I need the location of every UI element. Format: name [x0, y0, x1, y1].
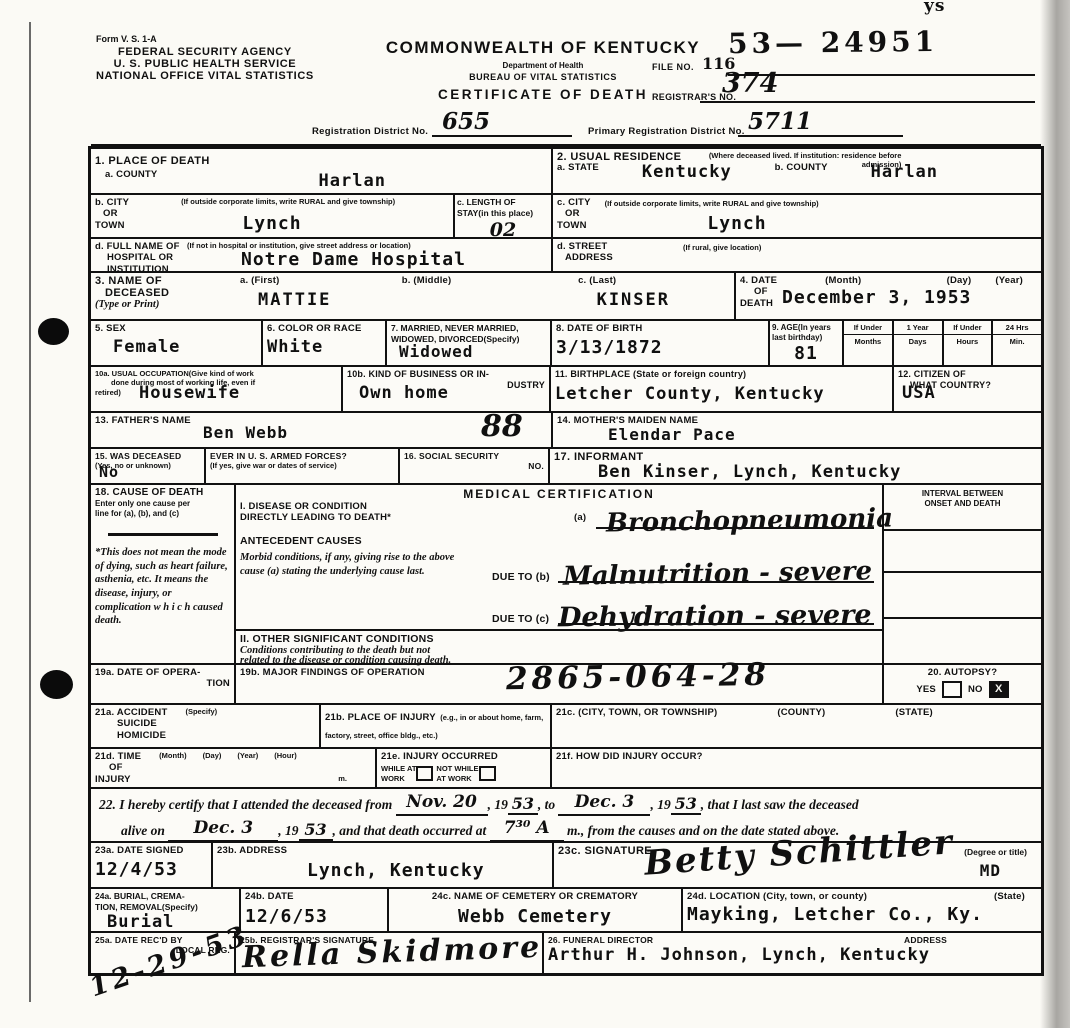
major-findings-value: 2865-064-28 — [506, 657, 770, 698]
row-signature: 23a. DATE SIGNED 12/4/53 23b. ADDRESS Ly… — [91, 841, 1041, 887]
state-value: Kentucky — [642, 162, 732, 182]
row-name-dateofdeath: 3. NAME OF DECEASED (Type or Print) a. (… — [91, 271, 1041, 319]
accident-label-1: 21a. ACCIDENT — [95, 707, 167, 718]
name-title-1: 3. NAME OF — [95, 275, 232, 287]
residence-county-label: b. COUNTY — [775, 162, 828, 182]
citizen-field: 12. CITIZEN OF WHAT COUNTRY? USA — [894, 367, 1041, 411]
certificate-form: 1. PLACE OF DEATH a. COUNTY Harlan b. CI… — [88, 146, 1044, 976]
cert-text-5: , that I last saw the deceased — [701, 797, 859, 812]
ssn-field: 16. SOCIAL SECURITY NO. — [400, 449, 550, 483]
residence-city-field: c. CITY OR TOWN (If outside corporate li… — [553, 193, 1041, 237]
middle-name-label: b. (Middle) — [402, 275, 578, 286]
county-field: 1. PLACE OF DEATH a. COUNTY Harlan — [91, 149, 551, 193]
injury-m-label: m. — [338, 774, 347, 785]
row-armed-informant: 15. WAS DECEASED (Yes, no or unknown) No… — [91, 447, 1041, 483]
stay-label-2: STAY(in this place) — [457, 208, 549, 219]
place-of-injury-field: 21b. PLACE OF INJURY (e.g., in or about … — [321, 705, 552, 747]
punch-hole-bottom — [40, 670, 73, 699]
residence-city-value: Lynch — [553, 213, 921, 234]
autopsy-no-label: NO — [968, 684, 983, 695]
injury-occurred-field: 21e. INJURY OCCURRED WHILE ATWORK NOT WH… — [377, 749, 552, 787]
name-fields: a. (First) b. (Middle) c. (Last) MATTIE … — [236, 273, 736, 319]
registration-district-line — [432, 135, 572, 137]
agency-line-3: NATIONAL OFFICE VITAL STATISTICS — [96, 70, 314, 82]
citizen-label-1: 12. CITIZEN OF — [898, 369, 1037, 380]
row-injury-time: 21d. TIME (Month) (Day) (Year) (Hour) OF… — [91, 747, 1041, 787]
first-name-value: MATTIE — [258, 290, 331, 310]
cause-a-value: Bronchopneumonia — [606, 503, 893, 538]
cause-a-line: Bronchopneumonia — [596, 499, 874, 529]
city-field: b. CITY OR TOWN (If outside corporate li… — [91, 195, 455, 237]
date-signed-label: 23a. DATE SIGNED — [95, 845, 207, 856]
registration-district-label: Registration District No. — [312, 126, 428, 137]
age-min-label: Min. — [993, 335, 1041, 348]
occupation-field: 10a. USUAL OCCUPATION(Give kind of work … — [91, 367, 343, 411]
father-annotation: 88 — [481, 409, 523, 444]
autopsy-yes-checkbox — [942, 681, 962, 698]
injury-time-label-1: 21d. TIME — [95, 751, 141, 762]
sex-value: Female — [113, 337, 257, 357]
father-field: 13. FATHER'S NAME Ben Webb 88 — [91, 413, 553, 447]
autopsy-label: 20. AUTOPSY? — [888, 667, 1037, 678]
scan-edge-shadow — [1040, 0, 1070, 1028]
was-deceased-value: No — [99, 463, 119, 481]
citizen-value: USA — [902, 383, 936, 403]
funeral-address-label: ADDRESS — [904, 935, 947, 945]
dod-month-label: (Month) — [825, 275, 861, 286]
disease-label-2: DIRECTLY LEADING TO DEATH* — [240, 512, 391, 523]
burial-date-value: 12/6/53 — [245, 906, 383, 927]
sex-label: 5. SEX — [95, 323, 257, 334]
operation-label-2: TION — [95, 678, 230, 689]
date-of-operation-field: 19a. DATE OF OPERA- TION — [91, 665, 236, 703]
agency-line-1: FEDERAL SECURITY AGENCY — [96, 46, 314, 58]
name-title-2: DECEASED — [105, 287, 232, 299]
birthplace-field: 11. BIRTHPLACE (State or foreign country… — [551, 367, 894, 411]
age-months-label: Months — [844, 335, 892, 348]
dod-label-1: 4. DATE — [740, 275, 777, 286]
burial-location-field: 24d. LOCATION (City, town, or county) (S… — [683, 889, 1041, 931]
date-of-birth-field: 8. DATE OF BIRTH 3/13/1872 — [552, 321, 770, 365]
state-label: a. STATE — [557, 162, 599, 182]
street-label-1: d. STREET — [557, 241, 1037, 252]
attended-to-value: Dec. 3 — [575, 792, 635, 812]
business-field: 10b. KIND OF BUSINESS OR IN- DUSTRY Own … — [343, 367, 551, 411]
date-of-death-value: December 3, 1953 — [782, 287, 971, 308]
registrar-no-value: 374 — [722, 68, 778, 99]
burial-location-state-label: (State) — [994, 891, 1025, 902]
cemetery-field: 24c. NAME OF CEMETERY OR CREMATORY Webb … — [389, 889, 683, 931]
row-injury-place: 21a. ACCIDENT SUICIDE HOMICIDE (Specify)… — [91, 703, 1041, 747]
race-value: White — [267, 337, 381, 357]
injury-occurred-label: 21e. INJURY OCCURRED — [381, 751, 546, 762]
how-injury-label: 21f. HOW DID INJURY OCCUR? — [556, 751, 1037, 762]
age-label-1: 9. AGE(In years — [772, 323, 840, 333]
from-year-value: 53 — [512, 794, 534, 813]
interval-row-a — [884, 531, 1041, 573]
degree-value: MD — [980, 861, 1001, 880]
date-of-death-field: 4. DATE (Month) (Day) (Year) OF DEATH De… — [736, 273, 1041, 319]
morbid-note: Morbid conditions, if any, giving rise t… — [240, 551, 462, 578]
cause-note-1a: Enter only one cause per — [95, 499, 230, 509]
agency-block: FEDERAL SECURITY AGENCY U. S. PUBLIC HEA… — [96, 36, 314, 82]
injury-time-label-3: INJURY — [95, 774, 131, 785]
degree-label: (Degree or title) — [964, 847, 1027, 858]
bureau-line: BUREAU OF VITAL STATISTICS — [378, 72, 708, 82]
dod-day-label: (Day) — [947, 275, 972, 286]
other-conditions-title: II. OTHER SIGNIFICANT CONDITIONS — [240, 633, 434, 646]
city-value: Lynch — [91, 213, 453, 234]
cert-text-6: alive on — [121, 823, 165, 838]
place-of-death-section: 1. PLACE OF DEATH a. COUNTY Harlan b. CI… — [91, 149, 553, 271]
physician-address-value: Lynch, Kentucky — [307, 860, 548, 881]
sex-field: 5. SEX Female — [91, 321, 263, 365]
accident-suicide-field: 21a. ACCIDENT SUICIDE HOMICIDE (Specify) — [91, 705, 321, 747]
armed-forces-field: EVER IN U. S. ARMED FORCES? (If yes, giv… — [206, 449, 400, 483]
birthplace-label: 11. BIRTHPLACE (State or foreign country… — [555, 369, 888, 380]
cemetery-label: 24c. NAME OF CEMETERY OR CREMATORY — [393, 891, 677, 902]
row-parents: 13. FATHER'S NAME Ben Webb 88 14. MOTHER… — [91, 411, 1041, 447]
age-under24-label: If Under — [944, 321, 992, 335]
scanned-death-certificate: ys Form V. S. 1-A FEDERAL SECURITY AGENC… — [0, 0, 1070, 1028]
age-field: 9. AGE(In years last birthday) 81 If Und… — [770, 321, 1041, 365]
alive-year-value: 53 — [304, 820, 326, 839]
occupation-value: Housewife — [139, 383, 240, 403]
burial-date-field: 24b. DATE 12/6/53 — [241, 889, 389, 931]
city-stay-fields: b. CITY OR TOWN (If outside corporate li… — [91, 193, 551, 237]
registration-district-value: 655 — [442, 108, 490, 135]
attended-from-value: Nov. 20 — [406, 792, 477, 812]
page-title: COMMONWEALTH OF KENTUCKY — [378, 38, 708, 58]
state-county-fields: 2. USUAL RESIDENCE (Where deceased lived… — [553, 149, 1041, 193]
informant-field: 17. INFORMANT Ben Kinser, Lynch, Kentuck… — [550, 449, 1041, 483]
place-of-death-title: 1. PLACE OF DEATH — [95, 155, 210, 167]
alive-on-value: Dec. 3 — [193, 818, 253, 838]
age-under1-label: If Under — [844, 321, 892, 335]
primary-district-label: Primary Registration District No. — [588, 126, 745, 137]
date-signed-value: 12/4/53 — [95, 859, 207, 880]
county-value: Harlan — [319, 171, 386, 191]
registrar-no-line — [700, 101, 1035, 103]
hospital-value: Notre Dame Hospital — [241, 249, 466, 270]
corner-mark: ys — [924, 0, 945, 16]
injury-hour-label: (Hour) — [274, 751, 297, 762]
mother-field: 14. MOTHER'S MAIDEN NAME Elendar Pace — [553, 413, 1041, 447]
burial-label-2: TION, REMOVAL(Specify) — [95, 902, 235, 913]
burial-location-label: 24d. LOCATION (City, town, or county) — [687, 891, 867, 902]
cert-text-1: I hereby certify that I attended the dec… — [119, 797, 392, 812]
stay-label-1: c. LENGTH OF — [457, 197, 549, 208]
cause-asterisk-note: *This does not mean the mode of dying, s… — [95, 546, 230, 628]
age-24hrs-label: 24 Hrs — [993, 321, 1041, 335]
physician-address-field: 23b. ADDRESS Lynch, Kentucky — [213, 843, 554, 887]
physician-address-label: 23b. ADDRESS — [217, 845, 548, 856]
last-name-value: KINSER — [597, 290, 670, 310]
accident-label-2: SUICIDE — [117, 718, 167, 729]
street-label-2: ADDRESS — [565, 252, 1037, 263]
to-year-value: 53 — [675, 794, 697, 813]
was-deceased-field: 15. WAS DECEASED (Yes, no or unknown) No — [91, 449, 206, 483]
usual-residence-section: 2. USUAL RESIDENCE (Where deceased lived… — [553, 149, 1041, 271]
cause-b-value: Malnutrition - severe — [563, 556, 872, 591]
birthplace-value: Letcher County, Kentucky — [555, 384, 888, 404]
burial-label-1: 24a. BURIAL, CREMA- — [95, 891, 235, 902]
hospital-field: d. FULL NAME OF HOSPITAL OR INSTITUTION … — [91, 237, 551, 271]
due-to-c-label: DUE TO (c) — [492, 613, 549, 626]
cert-text-8: , and that death occurred at — [333, 823, 487, 838]
last-name-label: c. (Last) — [578, 275, 616, 286]
dod-year-label: (Year) — [995, 275, 1023, 286]
cause-a-label: (a) — [574, 512, 586, 523]
while-at-label-1: WHILE AT — [381, 764, 416, 773]
burial-location-value: Mayking, Letcher Co., Ky. — [687, 904, 1037, 925]
street-note: (If rural, give location) — [683, 243, 761, 252]
antecedent-title: ANTECEDENT CAUSES — [240, 535, 362, 548]
age-hours-label: Hours — [944, 335, 992, 348]
not-while-label-1: NOT WHILE — [436, 764, 478, 773]
marital-label-1: 7. MARRIED, NEVER MARRIED, — [391, 323, 546, 334]
operation-label-1: 19a. DATE OF OPERA- — [95, 667, 230, 678]
cause-title: 18. CAUSE OF DEATH — [95, 487, 230, 499]
row-cause-of-death: 18. CAUSE OF DEATH Enter only one cause … — [91, 483, 1041, 663]
cause-note-1b: line for (a), (b), and (c) — [95, 509, 230, 519]
injury-month-label: (Month) — [159, 751, 186, 762]
father-label: 13. FATHER'S NAME — [95, 415, 547, 426]
street-address-field: d. STREET ADDRESS (If rural, give locati… — [553, 237, 1041, 271]
divider-rule — [108, 533, 218, 536]
file-no-label: FILE NO. — [652, 62, 694, 72]
how-injury-field: 21f. HOW DID INJURY OCCUR? — [552, 749, 1041, 787]
medical-certification: MEDICAL CERTIFICATION I. DISEASE OR COND… — [236, 485, 884, 663]
interval-label-2: ONSET AND DEATH — [884, 499, 1041, 509]
injury-location-field: 21c. (CITY, TOWN, OR TOWNSHIP) (COUNTY) … — [552, 705, 1041, 747]
row-operation: 19a. DATE OF OPERA- TION 19b. MAJOR FIND… — [91, 663, 1041, 703]
was-deceased-label-1: 15. WAS DECEASED — [95, 451, 200, 461]
autopsy-field: 20. AUTOPSY? YES NO X — [884, 665, 1041, 703]
age-1year-label: 1 Year — [894, 321, 942, 335]
while-at-label-2: WORK — [381, 774, 416, 783]
marital-field: 7. MARRIED, NEVER MARRIED, WIDOWED, DIVO… — [387, 321, 552, 365]
row-occupation: 10a. USUAL OCCUPATION(Give kind of work … — [91, 365, 1041, 411]
due-to-b-label: DUE TO (b) — [492, 571, 550, 584]
name-title-3: (Type or Print) — [95, 299, 232, 310]
interval-column: INTERVAL BETWEEN ONSET AND DEATH — [884, 485, 1041, 663]
injury-county-label: (COUNTY) — [777, 707, 825, 718]
dob-label: 8. DATE OF BIRTH — [556, 323, 764, 334]
ssn-label-1: 16. SOCIAL SECURITY — [404, 451, 544, 461]
time-of-injury-field: 21d. TIME (Month) (Day) (Year) (Hour) OF… — [91, 749, 377, 787]
injury-time-label-2: OF — [109, 762, 371, 773]
autopsy-yes-label: YES — [916, 684, 936, 695]
age-label-2: last birthday) — [772, 333, 840, 343]
place-of-injury-label: 21b. PLACE OF INJURY — [325, 712, 436, 723]
occupation-label-1: 10a. USUAL OCCUPATION(Give kind of work — [95, 369, 337, 378]
accident-label-3: HOMICIDE — [117, 730, 167, 741]
burial-type-field: 24a. BURIAL, CREMA- TION, REMOVAL(Specif… — [91, 889, 241, 931]
residence-city-label: c. CITY — [557, 197, 591, 208]
file-stamp-number: 53— 24951 — [728, 25, 938, 60]
primary-district-value: 5711 — [748, 108, 812, 135]
age-days-label: Days — [894, 335, 942, 348]
first-name-label: a. (First) — [240, 275, 402, 286]
agency-line-2: U. S. PUBLIC HEALTH SERVICE — [96, 58, 314, 70]
cert-text-4: , 19 — [650, 797, 670, 812]
dob-value: 3/13/1872 — [556, 337, 764, 358]
not-while-label-2: AT WORK — [436, 774, 478, 783]
date-signed-field: 23a. DATE SIGNED 12/4/53 — [91, 843, 213, 887]
name-title-cell: 3. NAME OF DECEASED (Type or Print) — [91, 273, 236, 319]
row-place-residence: 1. PLACE OF DEATH a. COUNTY Harlan b. CI… — [91, 149, 1041, 271]
row-sex-age: 5. SEX Female 6. COLOR OR RACE White 7. … — [91, 319, 1041, 365]
cause-of-death-notes: 18. CAUSE OF DEATH Enter only one cause … — [91, 485, 236, 663]
punch-hole-top — [38, 318, 69, 345]
primary-district-line — [738, 135, 903, 137]
cert-text-2: , 19 — [488, 797, 508, 812]
funeral-director-field: 26. FUNERAL DIRECTOR ADDRESS Arthur H. J… — [544, 933, 1041, 973]
injury-city-label: 21c. (CITY, TOWN, OR TOWNSHIP) — [556, 707, 717, 718]
injury-state-label: (STATE) — [895, 707, 932, 718]
cert-text-7: , 19 — [278, 823, 298, 838]
cemetery-value: Webb Cemetery — [393, 906, 677, 927]
ssn-label-2: NO. — [404, 461, 544, 471]
funeral-director-label: 26. FUNERAL DIRECTOR — [548, 935, 653, 945]
registrar-signature-field: 25b. REGISTRAR'S SIGNATURE Rella Skidmor… — [236, 933, 544, 973]
interval-label-1: INTERVAL BETWEEN — [884, 489, 1041, 499]
armed-forces-label-1: EVER IN U. S. ARMED FORCES? — [210, 451, 394, 461]
death-time-value: 7³⁰ A — [504, 818, 550, 838]
accident-note: (Specify) — [185, 707, 217, 741]
cause-b-line: Malnutrition - severe — [558, 549, 874, 583]
burial-date-label: 24b. DATE — [245, 891, 383, 902]
major-findings-field: 19b. MAJOR FINDINGS OF OPERATION 2865-06… — [236, 665, 884, 703]
interval-row-b — [884, 573, 1041, 619]
cause-c-line: Dehydration - severe — [558, 591, 874, 625]
race-label: 6. COLOR OR RACE — [267, 323, 381, 334]
length-of-stay-field: c. LENGTH OF STAY(in this place) 02 — [455, 195, 551, 237]
informant-value: Ben Kinser, Lynch, Kentucky — [598, 462, 901, 482]
cert-no: 22. — [99, 797, 116, 812]
county-label: a. COUNTY — [105, 169, 157, 191]
autopsy-no-checkbox: X — [989, 681, 1009, 698]
mother-value: Elendar Pace — [608, 425, 736, 444]
binding-line — [29, 22, 31, 1002]
signature-field: 23c. SIGNATURE Betty Schittler (Degree o… — [554, 843, 1041, 887]
business-label-1: 10b. KIND OF BUSINESS OR IN- — [347, 369, 545, 380]
cert-text-3: , to — [538, 797, 555, 812]
armed-forces-label-2: (If yes, give war or dates of service) — [210, 461, 394, 470]
father-value: Ben Webb — [203, 423, 288, 442]
marital-value: Widowed — [399, 342, 546, 361]
age-value: 81 — [772, 343, 840, 364]
while-at-work-checkbox — [416, 766, 433, 781]
business-value: Own home — [359, 383, 449, 403]
funeral-director-value: Arthur H. Johnson, Lynch, Kentucky — [548, 945, 1037, 965]
injury-day-label: (Day) — [203, 751, 222, 762]
injury-year-label: (Year) — [237, 751, 258, 762]
disease-label-1: I. DISEASE OR CONDITION — [240, 501, 391, 512]
race-field: 6. COLOR OR RACE White — [263, 321, 387, 365]
not-while-at-work-checkbox — [479, 766, 496, 781]
residence-county-value: Harlan — [871, 162, 938, 182]
city-label: b. CITY — [95, 197, 129, 208]
